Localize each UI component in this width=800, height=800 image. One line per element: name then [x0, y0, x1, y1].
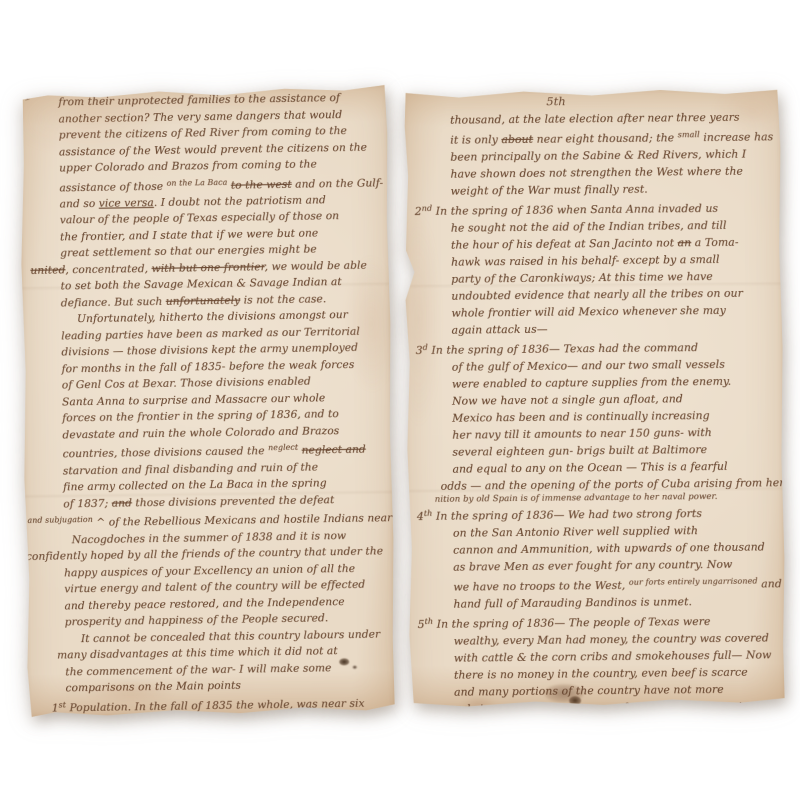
inserted-text: d: [423, 343, 428, 352]
inserted-text: on the La Baca: [166, 177, 227, 187]
photo-background: 4 from their unprotected families to the…: [0, 0, 800, 800]
manuscript-page-right: 5th thousand, at the late election after…: [402, 87, 786, 710]
struck-text: united: [30, 264, 65, 277]
struck-text: an: [678, 236, 692, 249]
manuscript-page-left: 4 from their unprotected families to the…: [18, 84, 396, 718]
manuscript-line: subsistence than is necessary for their …: [454, 697, 784, 717]
ink-blot: [656, 711, 670, 719]
paper-stain: [395, 209, 443, 429]
underlined-text: vice versa: [99, 197, 154, 210]
right-page-text: thousand, at the late election after nea…: [450, 109, 784, 717]
inserted-text: st: [58, 700, 66, 709]
inserted-text: and subjugation: [27, 515, 92, 525]
left-page-text: from their unprotected families to the a…: [58, 90, 392, 716]
manuscript-paper: 4 from their unprotected families to the…: [18, 84, 396, 718]
struck-text: unfortunately: [166, 294, 241, 307]
struck-text: about: [501, 133, 533, 146]
inserted-text: neglect: [268, 443, 298, 452]
inserted-text: small: [678, 130, 700, 139]
page-corner-mark: 4: [21, 88, 33, 105]
inserted-text: our forts entirely ungarrisoned: [629, 576, 758, 586]
manuscript-paper: 5th thousand, at the late election after…: [402, 87, 786, 710]
struck-text: and: [112, 497, 132, 509]
struck-text: with but one frontier: [151, 261, 264, 275]
inserted-text: nd: [422, 204, 433, 213]
inserted-text: th: [424, 509, 433, 518]
page-number: 5th: [546, 94, 565, 108]
inserted-text: th: [424, 617, 433, 626]
struck-text: neglect and: [302, 444, 366, 457]
struck-text: to the west: [231, 178, 292, 191]
